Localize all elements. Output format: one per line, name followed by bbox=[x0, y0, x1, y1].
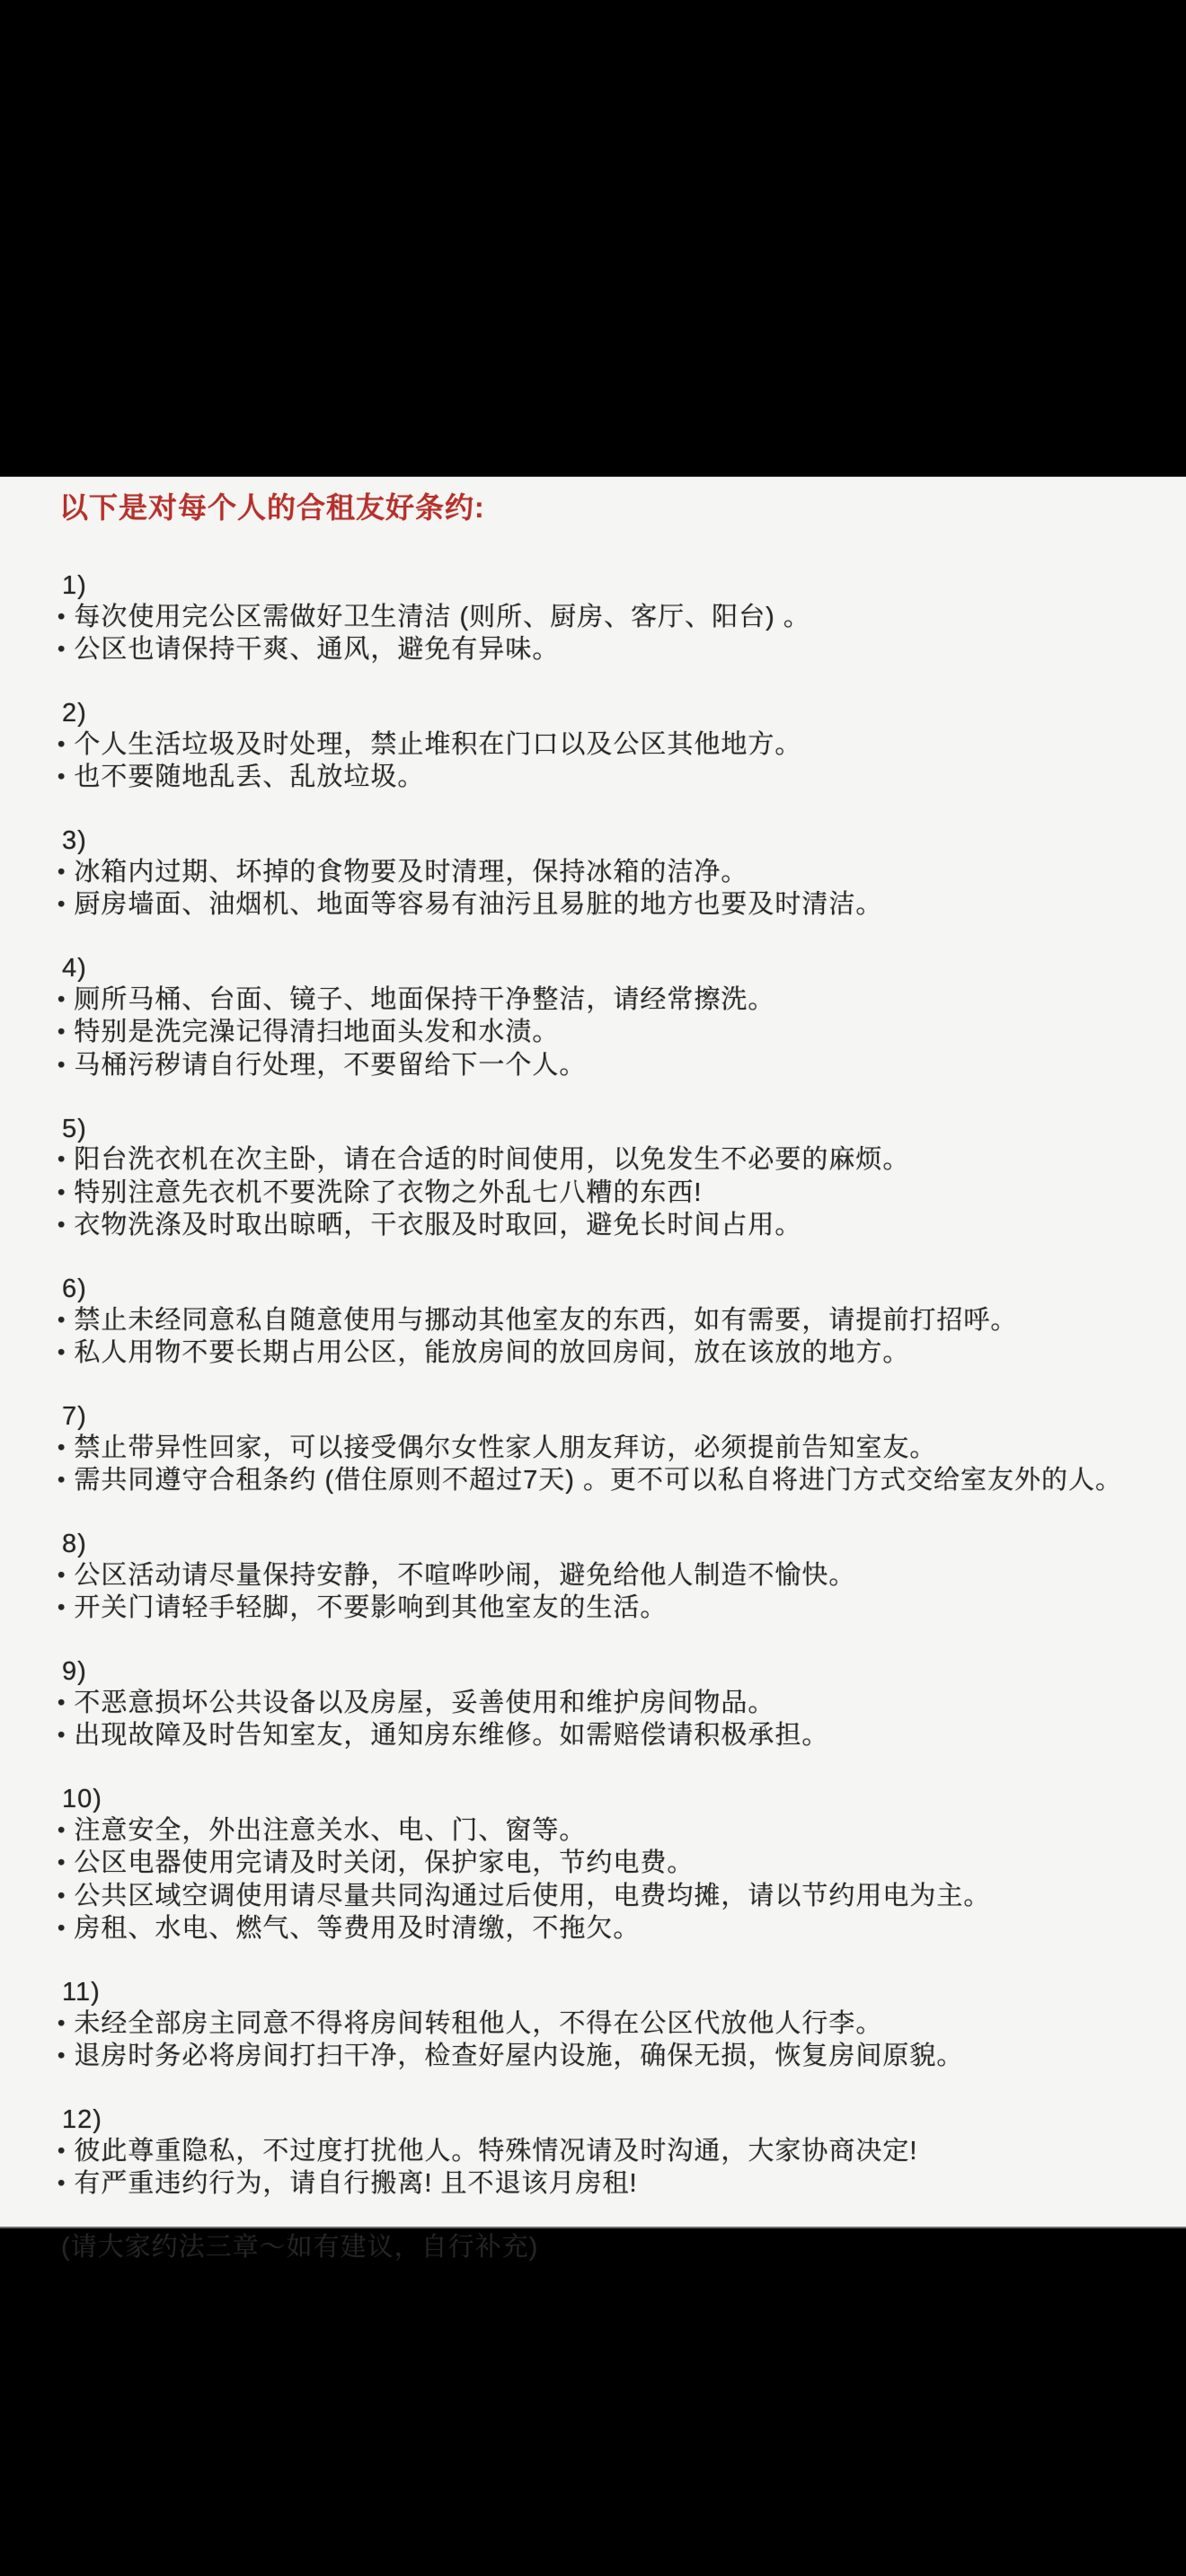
bullet-item: •私人用物不要长期占用公区，能放房间的放回房间，放在该放的地方。 bbox=[58, 1337, 1161, 1371]
bullet-text: 公区活动请尽量保持安静，不喧哗吵闹，避免给他人制造不愉快。 bbox=[74, 1561, 855, 1590]
bullet-marker: • bbox=[58, 1913, 66, 1945]
bullet-text: 衣物洗涤及时取出晾晒，干衣服及时取回，避免长时间占用。 bbox=[74, 1211, 801, 1239]
bullet-marker: • bbox=[58, 1688, 66, 1719]
bullet-marker: • bbox=[58, 1178, 66, 1209]
bullet-item: •出现故障及时告知室友，通知房东维修。如需赔偿请积极承担。 bbox=[58, 1720, 1161, 1753]
footer-note: (请大家约法三章～如有建议，自行补充) bbox=[58, 2232, 1161, 2263]
bullet-text: 马桶污秽请自行处理，不要留给下一个人。 bbox=[74, 1051, 586, 1080]
section-number: 3) bbox=[58, 825, 1161, 857]
agreement-section: 6)•禁止未经同意私自随意使用与挪动其他室友的东西，如有需要，请提前打招呼。•私… bbox=[58, 1274, 1161, 1371]
bullet-item: •厨房墙面、油烟机、地面等容易有油污且易脏的地方也要及时清洁。 bbox=[58, 889, 1161, 922]
bullet-text: 公区电器使用完请及时关闭，保护家电，节约电费。 bbox=[74, 1848, 694, 1877]
bullet-marker: • bbox=[58, 1592, 66, 1624]
agreement-section: 2)•个人生活垃圾及时处理，禁止堆积在门口以及公区其他地方。•也不要随地乱丢、乱… bbox=[58, 698, 1161, 795]
section-number: 9) bbox=[58, 1656, 1161, 1688]
bullet-item: •房租、水电、燃气、等费用及时清缴，不拖欠。 bbox=[58, 1913, 1161, 1946]
section-number: 7) bbox=[58, 1401, 1161, 1433]
bullet-text: 厕所马桶、台面、镜子、地面保持干净整洁，请经常擦洗。 bbox=[74, 985, 774, 1014]
bullet-marker: • bbox=[58, 2008, 66, 2040]
bullet-text: 厨房墙面、油烟机、地面等容易有油污且易脏的地方也要及时清洁。 bbox=[74, 890, 882, 919]
bullet-item: •公共区域空调使用请尽量共同沟通过后使用，电费均摊，请以节约用电为主。 bbox=[58, 1881, 1161, 1914]
section-number: 2) bbox=[58, 698, 1161, 729]
bullet-marker: • bbox=[58, 729, 66, 761]
bullet-text: 开关门请轻手轻脚，不要影响到其他室友的生活。 bbox=[74, 1593, 667, 1622]
bullet-text: 出现故障及时告知室友，通知房东维修。如需赔偿请积极承担。 bbox=[74, 1721, 828, 1750]
bullet-marker: • bbox=[58, 2041, 66, 2072]
agreement-section: 3)•冰箱内过期、坏掉的食物要及时清理，保持冰箱的洁净。•厨房墙面、油烟机、地面… bbox=[58, 825, 1161, 922]
bullet-text: 也不要随地乱丢、乱放垃圾。 bbox=[74, 763, 424, 791]
page-title: 以下是对每个人的合租友好条约: bbox=[59, 490, 1161, 525]
bullet-text: 阳台洗衣机在次主卧，请在合适的时间使用，以免发生不必要的麻烦。 bbox=[74, 1145, 909, 1174]
agreement-section: 8)•公区活动请尽量保持安静，不喧哗吵闹，避免给他人制造不愉快。•开关门请轻手轻… bbox=[58, 1529, 1161, 1626]
bullet-item: •公区电器使用完请及时关闭，保护家电，节约电费。 bbox=[58, 1848, 1161, 1881]
bullet-text: 特别是洗完澡记得清扫地面头发和水渍。 bbox=[74, 1018, 559, 1046]
bullet-marker: • bbox=[58, 1050, 66, 1081]
bullet-item: •特别是洗完澡记得清扫地面头发和水渍。 bbox=[58, 1017, 1161, 1050]
agreement-section: 1)•每次使用完公区需做好卫生清洁 (则所、厨房、客厅、阳台) 。•公区也请保持… bbox=[58, 570, 1161, 667]
bullet-marker: • bbox=[58, 1210, 66, 1241]
bullet-text: 注意安全，外出注意关水、电、门、窗等。 bbox=[74, 1816, 586, 1845]
bullet-marker: • bbox=[58, 1433, 66, 1464]
bullet-item: •未经全部房主同意不得将房间转租他人，不得在公区代放他人行李。 bbox=[58, 2008, 1161, 2042]
bullet-marker: • bbox=[58, 1720, 66, 1751]
section-number: 1) bbox=[58, 570, 1161, 602]
bullet-text: 未经全部房主同意不得将房间转租他人，不得在公区代放他人行李。 bbox=[74, 2009, 882, 2038]
agreement-section: 10)•注意安全，外出注意关水、电、门、窗等。•公区电器使用完请及时关闭，保护家… bbox=[58, 1784, 1161, 1946]
bullet-marker: • bbox=[58, 984, 66, 1016]
agreement-section: 7)•禁止带异性回家，可以接受偶尔女性家人朋友拜访，必须提前告知室友。•需共同遵… bbox=[58, 1401, 1161, 1498]
section-number: 11) bbox=[58, 1977, 1161, 2008]
bullet-item: •马桶污秽请自行处理，不要留给下一个人。 bbox=[58, 1050, 1161, 1083]
bullet-text: 不恶意损坏公共设备以及房屋，妥善使用和维护房间物品。 bbox=[74, 1689, 774, 1717]
agreement-section: 5)•阳台洗衣机在次主卧，请在合适的时间使用，以免发生不必要的麻烦。•特别注意先… bbox=[58, 1114, 1161, 1243]
bullet-text: 每次使用完公区需做好卫生清洁 (则所、厨房、客厅、阳台) 。 bbox=[74, 603, 810, 631]
bullet-item: •特别注意先衣机不要洗除了衣物之外乱七八糟的东西! bbox=[58, 1178, 1161, 1211]
bullet-item: •开关门请轻手轻脚，不要影响到其他室友的生活。 bbox=[58, 1592, 1161, 1626]
agreement-section: 12)•彼此尊重隐私，不过度打扰他人。特殊情况请及时沟通，大家协商决定!•有严重… bbox=[58, 2104, 1161, 2201]
section-number: 5) bbox=[58, 1114, 1161, 1145]
bullet-item: •禁止未经同意私自随意使用与挪动其他室友的东西，如有需要，请提前打招呼。 bbox=[58, 1305, 1161, 1338]
bullet-text: 公共区域空调使用请尽量共同沟通过后使用，电费均摊，请以节约用电为主。 bbox=[74, 1882, 990, 1910]
bullet-marker: • bbox=[58, 857, 66, 888]
bullet-text: 需共同遵守合租条约 (借住原则不超过7天) 。更不可以私自将进门方式交给室友外的… bbox=[74, 1466, 1122, 1495]
bullet-item: •阳台洗衣机在次主卧，请在合适的时间使用，以免发生不必要的麻烦。 bbox=[58, 1144, 1161, 1178]
bullet-text: 个人生活垃圾及时处理，禁止堆积在门口以及公区其他地方。 bbox=[74, 730, 801, 759]
bullet-item: •有严重违约行为，请自行搬离! 且不退该月房租! bbox=[58, 2168, 1161, 2201]
bullet-item: •彼此尊重隐私，不过度打扰他人。特殊情况请及时沟通，大家协商决定! bbox=[58, 2136, 1161, 2169]
bullet-text: 退房时务必将房间打扫干净，检查好屋内设施，确保无损，恢复房间原貌。 bbox=[74, 2042, 963, 2070]
bullet-item: •每次使用完公区需做好卫生清洁 (则所、厨房、客厅、阳台) 。 bbox=[58, 602, 1161, 635]
bullet-text: 私人用物不要长期占用公区，能放房间的放回房间，放在该放的地方。 bbox=[74, 1338, 909, 1367]
bullet-marker: • bbox=[58, 1881, 66, 1912]
bullet-text: 彼此尊重隐私，不过度打扰他人。特殊情况请及时沟通，大家协商决定! bbox=[74, 2137, 917, 2166]
bullet-marker: • bbox=[58, 1305, 66, 1337]
bullet-marker: • bbox=[58, 634, 66, 666]
bullet-text: 冰箱内过期、坏掉的食物要及时清理，保持冰箱的洁净。 bbox=[74, 858, 748, 887]
bullet-item: •个人生活垃圾及时处理，禁止堆积在门口以及公区其他地方。 bbox=[58, 729, 1161, 763]
section-number: 6) bbox=[58, 1274, 1161, 1305]
bullet-text: 特别注意先衣机不要洗除了衣物之外乱七八糟的东西! bbox=[74, 1178, 702, 1207]
bullet-marker: • bbox=[58, 762, 66, 793]
bullet-marker: • bbox=[58, 1465, 66, 1496]
bullet-item: •公区活动请尽量保持安静，不喧哗吵闹，避免给他人制造不愉快。 bbox=[58, 1560, 1161, 1593]
bullet-marker: • bbox=[58, 1560, 66, 1592]
bullet-marker: • bbox=[58, 1017, 66, 1048]
bullet-item: •注意安全，外出注意关水、电、门、窗等。 bbox=[58, 1815, 1161, 1848]
bullet-item: •公区也请保持干爽、通风，避免有异味。 bbox=[58, 634, 1161, 667]
bullet-marker: • bbox=[58, 1848, 66, 1879]
bullet-marker: • bbox=[58, 2168, 66, 2200]
bullet-text: 房租、水电、燃气、等费用及时清缴，不拖欠。 bbox=[74, 1914, 640, 1943]
bullet-text: 有严重违约行为，请自行搬离! 且不退该月房租! bbox=[74, 2169, 637, 2198]
bullet-item: •厕所马桶、台面、镜子、地面保持干净整洁，请经常擦洗。 bbox=[58, 984, 1161, 1018]
section-number: 12) bbox=[58, 2104, 1161, 2136]
bullet-marker: • bbox=[58, 1337, 66, 1369]
bullet-item: •不恶意损坏公共设备以及房屋，妥善使用和维护房间物品。 bbox=[58, 1688, 1161, 1721]
bullet-marker: • bbox=[58, 1815, 66, 1847]
bullet-text: 禁止带异性回家，可以接受偶尔女性家人朋友拜访，必须提前告知室友。 bbox=[74, 1434, 936, 1462]
bullet-text: 禁止未经同意私自随意使用与挪动其他室友的东西，如有需要，请提前打招呼。 bbox=[74, 1306, 1017, 1335]
section-number: 10) bbox=[58, 1784, 1161, 1815]
bullet-text: 公区也请保持干爽、通风，避免有异味。 bbox=[74, 635, 559, 664]
section-number: 4) bbox=[58, 953, 1161, 984]
sections-list: 1)•每次使用完公区需做好卫生清洁 (则所、厨房、客厅、阳台) 。•公区也请保持… bbox=[58, 570, 1161, 2201]
bullet-marker: • bbox=[58, 889, 66, 921]
bullet-marker: • bbox=[58, 2136, 66, 2167]
agreement-section: 4)•厕所马桶、台面、镜子、地面保持干净整洁，请经常擦洗。•特别是洗完澡记得清扫… bbox=[58, 953, 1161, 1082]
agreement-section: 11)•未经全部房主同意不得将房间转租他人，不得在公区代放他人行李。•退房时务必… bbox=[58, 1977, 1161, 2074]
section-number: 8) bbox=[58, 1529, 1161, 1560]
agreement-document-panel: 以下是对每个人的合租友好条约: 1)•每次使用完公区需做好卫生清洁 (则所、厨房… bbox=[0, 476, 1186, 2228]
bullet-item: •衣物洗涤及时取出晾晒，干衣服及时取回，避免长时间占用。 bbox=[58, 1210, 1161, 1243]
agreement-section: 9)•不恶意损坏公共设备以及房屋，妥善使用和维护房间物品。•出现故障及时告知室友… bbox=[58, 1656, 1161, 1753]
bullet-item: •也不要随地乱丢、乱放垃圾。 bbox=[58, 762, 1161, 795]
bullet-item: •禁止带异性回家，可以接受偶尔女性家人朋友拜访，必须提前告知室友。 bbox=[58, 1433, 1161, 1466]
bullet-item: •冰箱内过期、坏掉的食物要及时清理，保持冰箱的洁净。 bbox=[58, 857, 1161, 890]
bullet-item: •需共同遵守合租条约 (借住原则不超过7天) 。更不可以私自将进门方式交给室友外… bbox=[58, 1465, 1161, 1498]
bullet-marker: • bbox=[58, 1144, 66, 1176]
bullet-marker: • bbox=[58, 602, 66, 633]
bullet-item: •退房时务必将房间打扫干净，检查好屋内设施，确保无损，恢复房间原貌。 bbox=[58, 2041, 1161, 2074]
